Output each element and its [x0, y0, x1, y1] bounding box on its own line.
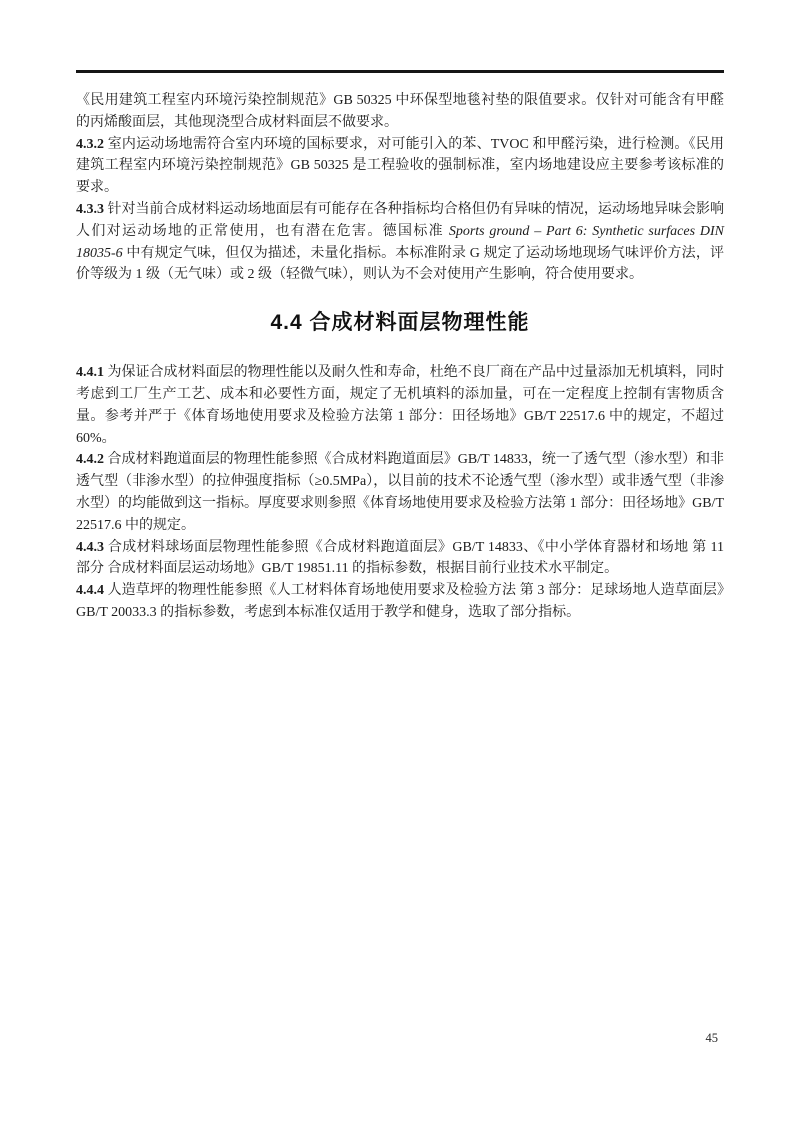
paragraph-4-4-2: 4.4.2 合成材料跑道面层的物理性能参照《合成材料跑道面层》GB/T 1483… — [76, 449, 724, 536]
paragraph-text: 为保证合成材料面层的物理性能以及耐久性和寿命，杜绝不良厂商在产品中过量添加无机填… — [76, 365, 724, 445]
clause-number: 4.3.3 — [76, 202, 104, 217]
clause-number: 4.4.2 — [76, 452, 104, 467]
paragraph-4-4-4: 4.4.4 人造草坪的物理性能参照《人工材料体育场地使用要求及检验方法 第 3 … — [76, 580, 724, 624]
paragraph-text: 人造草坪的物理性能参照《人工材料体育场地使用要求及检验方法 第 3 部分：足球场… — [76, 583, 724, 620]
clause-number: 4.3.2 — [76, 137, 104, 152]
clause-number: 4.4.3 — [76, 540, 104, 555]
clause-number: 4.4.1 — [76, 365, 104, 380]
paragraph-4-4-1: 4.4.1 为保证合成材料面层的物理性能以及耐久性和寿命，杜绝不良厂商在产品中过… — [76, 362, 724, 449]
paragraph-text: 中有规定气味，但仅为描述，未量化指标。本标准附录 G 规定了运动场地现场气味评价… — [76, 246, 724, 283]
clause-number: 4.4.4 — [76, 583, 104, 598]
paragraph-4-3-3: 4.3.3 针对当前合成材料运动场地面层有可能存在各种指标均合格但仍有异味的情况… — [76, 199, 724, 286]
paragraph-text: 合成材料球场面层物理性能参照《合成材料跑道面层》GB/T 14833、《中小学体… — [76, 540, 724, 577]
paragraph-text: 室内运动场地需符合室内环境的国标要求，对可能引入的苯、TVOC 和甲醛污染，进行… — [76, 137, 724, 196]
paragraph-4-3-2: 4.3.2 室内运动场地需符合室内环境的国标要求，对可能引入的苯、TVOC 和甲… — [76, 134, 724, 199]
page-number: 45 — [706, 1031, 719, 1046]
document-page: 《民用建筑工程室内环境污染控制规范》GB 50325 中环保型地毯衬垫的限值要求… — [0, 0, 800, 1131]
paragraph-text: 合成材料跑道面层的物理性能参照《合成材料跑道面层》GB/T 14833，统一了透… — [76, 452, 724, 532]
section-heading: 4.4 合成材料面层物理性能 — [76, 309, 724, 336]
paragraph-continuation: 《民用建筑工程室内环境污染控制规范》GB 50325 中环保型地毯衬垫的限值要求… — [76, 90, 724, 134]
paragraph-text: 《民用建筑工程室内环境污染控制规范》GB 50325 中环保型地毯衬垫的限值要求… — [76, 93, 724, 130]
header-rule — [76, 70, 724, 73]
document-body: 《民用建筑工程室内环境污染控制规范》GB 50325 中环保型地毯衬垫的限值要求… — [76, 90, 724, 624]
paragraph-4-4-3: 4.4.3 合成材料球场面层物理性能参照《合成材料跑道面层》GB/T 14833… — [76, 537, 724, 581]
